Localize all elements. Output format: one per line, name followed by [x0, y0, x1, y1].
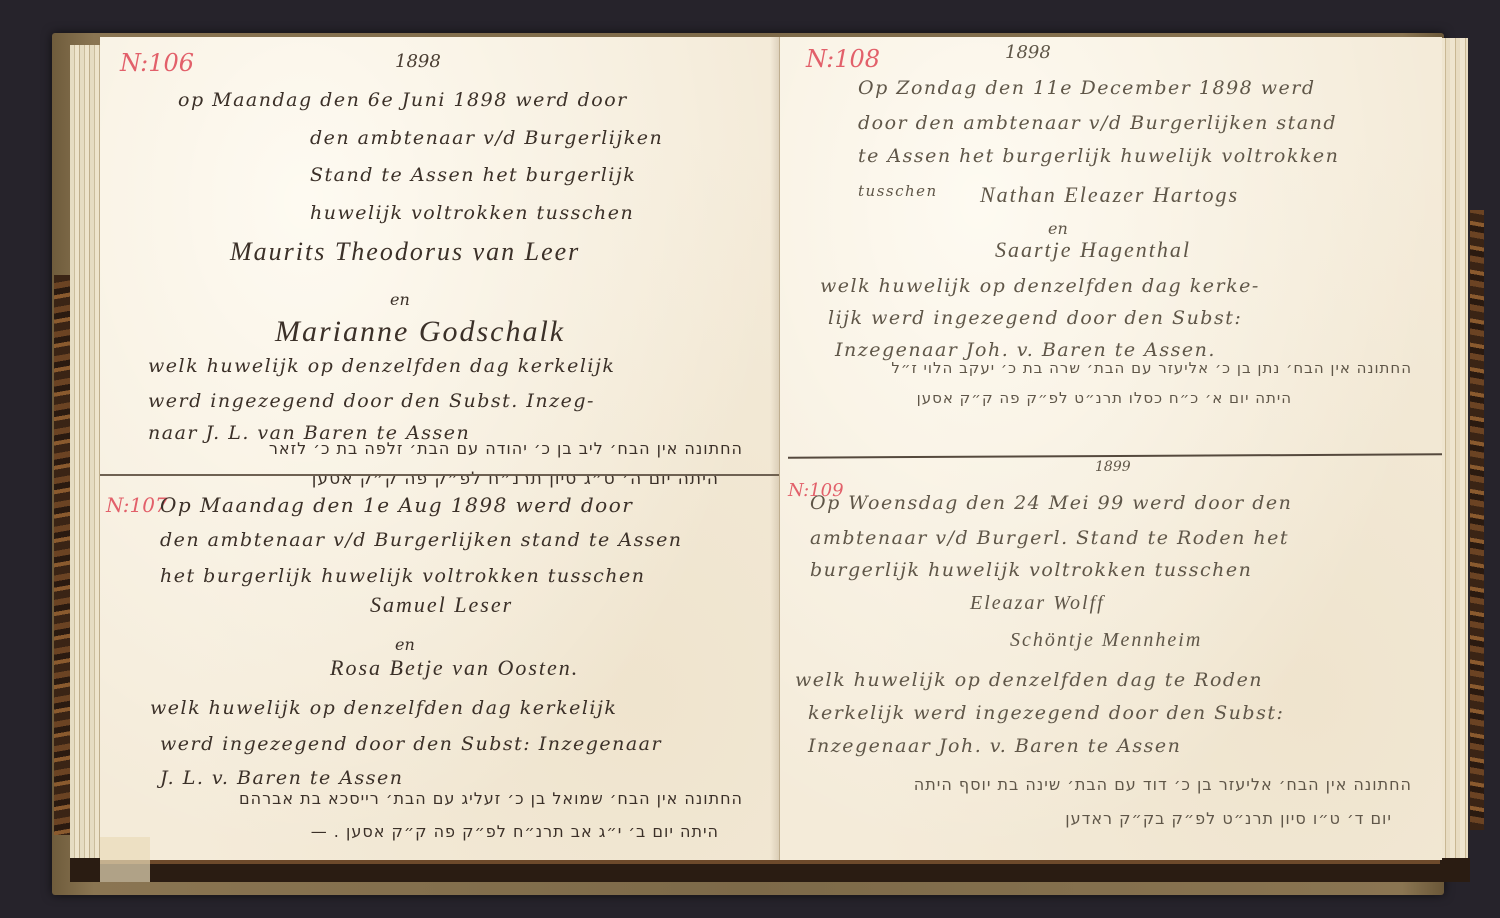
hebrew-text-line: החתונה אין הבח׳ נתן בן כ׳ אליעזר עם הבת׳…	[891, 359, 1412, 377]
hebrew-text-line: היתה יום ב׳ י״ג אב תרנ״ח לפ״ק פה ק״ק אסע…	[311, 822, 719, 841]
entry-text-line: burgerlijk huwelijk voltrokken tusschen	[810, 559, 1252, 581]
entry-text-line: Stand te Assen het burgerlijk	[310, 164, 636, 186]
groom-name: Samuel Leser	[370, 592, 513, 618]
entry-text-line: werd ingezegend door den Subst: Inzegena…	[160, 733, 662, 755]
marbled-edge-left	[54, 275, 70, 835]
entry-text-line: op Maandag den 6e Juni 1898 werd door	[178, 89, 628, 111]
groom-name: Nathan Eleazer Hartogs	[980, 182, 1239, 208]
entry-text-line: den ambtenaar v/d Burgerlijken stand te …	[160, 529, 683, 551]
entry-text-line: huwelijk voltrokken tusschen	[310, 202, 634, 224]
page-edges-left	[70, 45, 102, 865]
entry-text-line: het burgerlijk huwelijk voltrokken tussc…	[160, 565, 646, 587]
entry-text-line: welk huwelijk op denzelfden dag kerkelij…	[150, 697, 617, 719]
entry-text-line: Inzegenaar Joh. v. Baren te Assen.	[835, 339, 1216, 361]
entry-year: 1899	[1095, 459, 1131, 475]
hebrew-text-line: היתה יום ה׳ ט״ג סיון תרנ״ח לפ״ק פה ק״ק א…	[312, 469, 719, 489]
record-number: N:107	[106, 493, 168, 517]
bride-name: Schöntje Mennheim	[1010, 629, 1202, 652]
page-edges-right	[1440, 38, 1468, 858]
entry-text-line: Op Woensdag den 24 Mei 99 werd door den	[810, 492, 1292, 514]
hebrew-text-line: החתונה אין הבח׳ שמואל בן כ׳ זעליג עם הבת…	[239, 789, 743, 808]
entry-text-line: welk huwelijk op denzelfden dag kerkelij…	[148, 355, 615, 377]
conjunction: en	[1048, 219, 1068, 238]
entry-text-line: den ambtenaar v/d Burgerlijken	[310, 127, 663, 149]
paper-stain	[100, 837, 150, 882]
entry-text-line: Inzegenaar Joh. v. Baren te Assen	[808, 735, 1181, 757]
left-page: N:106 1898 op Maandag den 6e Juni 1898 w…	[100, 37, 779, 860]
groom-name: Maurits Theodorus van Leer	[230, 237, 580, 267]
entry-text-line: ambtenaar v/d Burgerl. Stand te Roden he…	[810, 527, 1289, 549]
hebrew-text-line: החתונה אין הבח׳ אליעזר בן כ׳ דוד עם הבת׳…	[914, 775, 1412, 794]
record-number: N:108	[806, 45, 880, 73]
entry-text-line: werd ingezegend door den Subst. Inzeg-	[148, 390, 595, 412]
entry-text-line: Op Zondag den 11e December 1898 werd	[858, 77, 1316, 99]
entry-text-line: te Assen het burgerlijk huwelijk voltrok…	[858, 145, 1339, 167]
entry-text-line: welk huwelijk op denzelfden dag te Roden	[795, 669, 1263, 691]
entry-text-line: welk huwelijk op denzelfden dag kerke-	[820, 275, 1260, 297]
record-number: N:106	[120, 49, 194, 77]
entry-year: 1898	[395, 51, 441, 72]
right-page: N:108 1898 Op Zondag den 11e December 18…	[779, 37, 1442, 860]
bride-name: Rosa Betje van Oosten.	[330, 655, 579, 681]
entry-text-line: kerkelijk werd ingezegend door den Subst…	[808, 702, 1284, 724]
bride-name: Marianne Godschalk	[275, 315, 565, 349]
groom-name: Eleazar Wolff	[970, 592, 1105, 615]
conjunction: en	[390, 290, 410, 309]
conjunction: en	[395, 635, 415, 654]
entry-text-line: door den ambtenaar v/d Burgerlijken stan…	[858, 112, 1337, 134]
entry-year: 1898	[1005, 42, 1051, 63]
entry-divider	[100, 474, 779, 476]
hebrew-text-line: החתונה אין הבח׳ ליב בן כ׳ יהודה עם הבת׳ …	[269, 439, 743, 458]
entry-divider	[788, 453, 1442, 458]
entry-text-line: Op Maandag den 1e Aug 1898 werd door	[160, 493, 633, 517]
hebrew-text-line: יום ד׳ ט״ו סיון תרנ״ט לפ״ק בק״ק ראדען	[1065, 809, 1392, 828]
entry-text-line: lijk werd ingezegend door den Subst:	[828, 307, 1242, 329]
marbled-edge-right	[1470, 210, 1484, 830]
entry-text-line: tusschen	[858, 182, 938, 200]
bride-name: Saartje Hagenthal	[995, 237, 1191, 263]
entry-text-line: J. L. v. Baren te Assen	[160, 767, 404, 789]
hebrew-text-line: היתה יום א׳ כ״ח כסלו תרנ״ט לפ״ק פה ק״ק א…	[917, 389, 1292, 407]
